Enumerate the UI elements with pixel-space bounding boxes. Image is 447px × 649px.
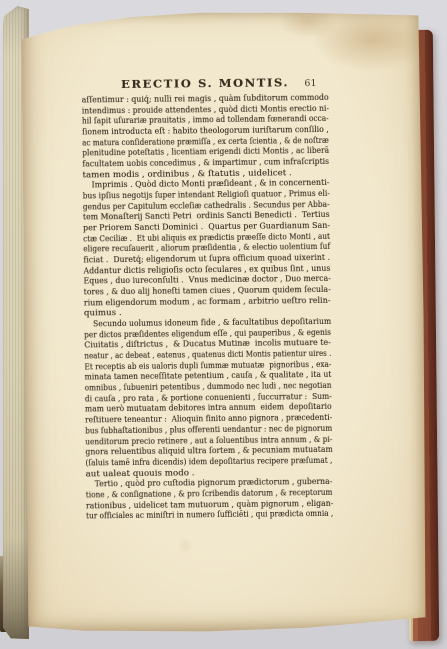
paragraph: Secundo uolumus idoneum fide , & faculta…	[84, 317, 333, 480]
text-block: ERECTIO S. MONTIS. 61 aſſentimur : quiq́…	[81, 75, 333, 522]
paragraph: Imprimis . Quòd dicto Monti præſideant ,…	[83, 178, 331, 319]
running-header: ERECTIO S. MONTIS. 61	[81, 75, 328, 93]
text-line: tur officiales ac miniſtri in numero ſuf…	[86, 509, 333, 522]
paragraph: aſſentimur : quiq́; nulli rei magis , qu…	[82, 93, 330, 181]
paragraph: Tertio , quòd pro cuſtodia pignorum præd…	[86, 477, 333, 522]
page-title: ERECTIO S. MONTIS.	[81, 75, 328, 91]
photo-background: ERECTIO S. MONTIS. 61 aſſentimur : quiq́…	[0, 0, 447, 649]
book-page: ERECTIO S. MONTIS. 61 aſſentimur : quiq́…	[19, 8, 428, 635]
folio-number: 61	[304, 78, 316, 89]
body-text: aſſentimur : quiq́; nulli rei magis , qu…	[82, 93, 333, 522]
